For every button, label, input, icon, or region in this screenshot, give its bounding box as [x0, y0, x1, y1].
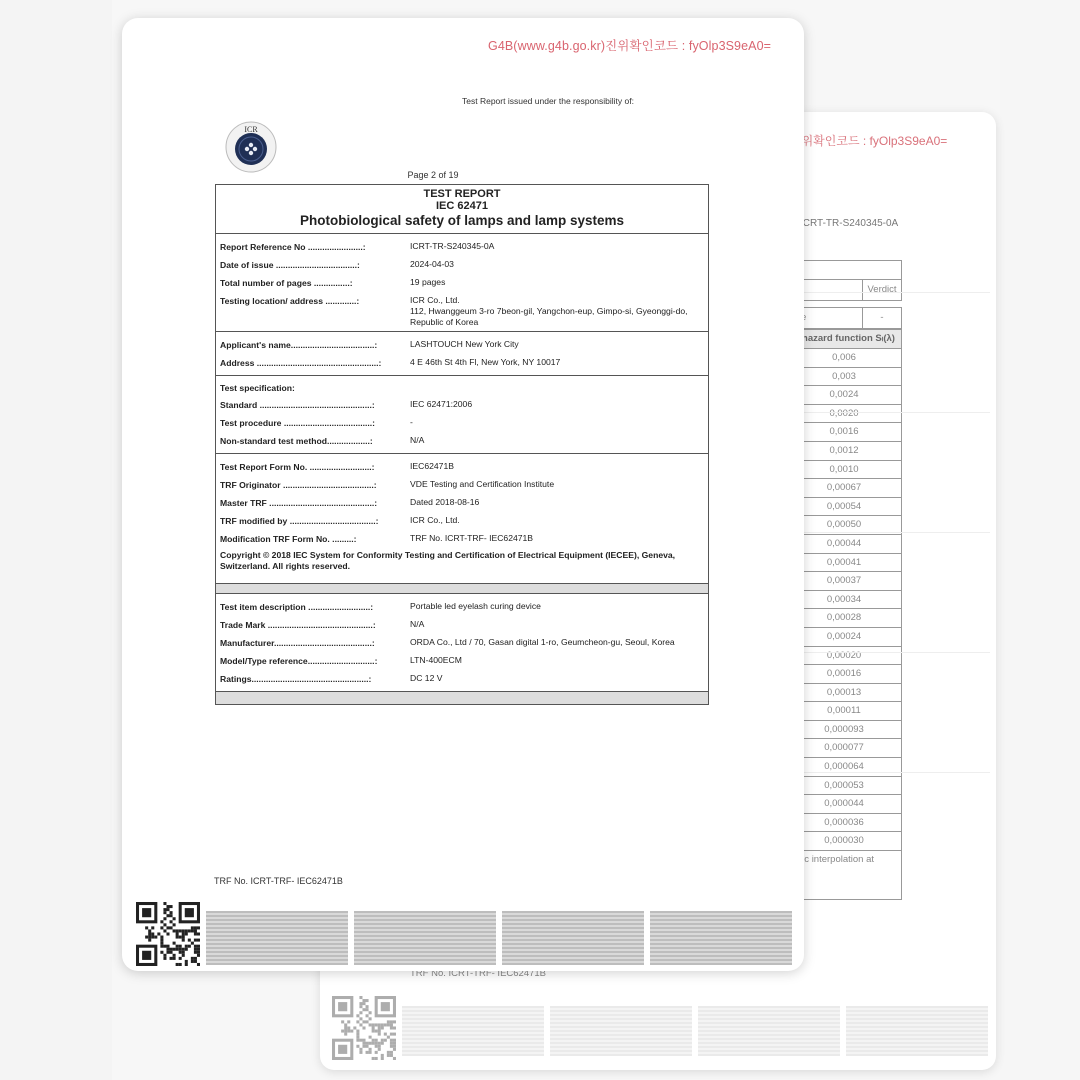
issued-under-line: Test Report issued under the responsibil…	[462, 96, 634, 106]
verdict-header: Verdict	[863, 280, 901, 300]
faint-line	[800, 772, 990, 773]
svg-text:ICR: ICR	[244, 125, 258, 134]
info-row: Model/Type reference....................…	[220, 652, 704, 670]
info-row: Test procedure .........................…	[220, 414, 704, 432]
field-value: LTN-400ECM	[406, 652, 704, 670]
test-item-section: Test item description ..................…	[216, 594, 708, 692]
faint-line	[800, 652, 990, 653]
field-value: IEC62471B	[406, 458, 704, 476]
icr-logo-icon: ICR	[225, 121, 277, 173]
info-row: Trade Mark .............................…	[220, 616, 704, 634]
field-value: ICR Co., Ltd. 112, Hwanggeum 3-ro 7beon-…	[406, 292, 704, 328]
info-row: Modification TRF Form No. .........:TRF …	[220, 530, 704, 548]
field-label: Standard ...............................…	[220, 396, 406, 414]
field-value: DC 12 V	[406, 670, 704, 688]
back-stamp-block	[550, 1006, 692, 1056]
field-label: Testing location/ address .............:	[220, 292, 406, 328]
info-row: Total number of pages ...............:19…	[220, 274, 704, 292]
info-row: Standard ...............................…	[220, 396, 704, 414]
back-stamp-block	[698, 1006, 840, 1056]
report-title: TEST REPORT	[216, 188, 708, 200]
field-label: Master TRF .............................…	[220, 494, 406, 512]
field-value: Portable led eyelash curing device	[406, 598, 704, 616]
info-row: Testing location/ address .............:…	[220, 292, 704, 328]
applicant-section: Applicant's name........................…	[216, 332, 708, 376]
faint-line	[800, 412, 990, 413]
field-value: 4 E 46th St 4th Fl, New York, NY 10017	[406, 354, 704, 372]
report-title-block: TEST REPORT IEC 62471 Photobiological sa…	[216, 185, 708, 234]
trf-section: Test Report Form No. ...................…	[216, 454, 708, 583]
field-value: N/A	[406, 616, 704, 634]
background-right	[1000, 0, 1080, 1080]
back-stamp-block	[402, 1006, 544, 1056]
field-label: Test procedure .........................…	[220, 414, 406, 432]
report-subject: Photobiological safety of lamps and lamp…	[216, 212, 708, 229]
grey-divider	[216, 583, 708, 594]
field-value: ICR Co., Ltd.	[406, 512, 704, 530]
faint-line	[800, 292, 990, 293]
back-auth-code: 진위확인코드 : fyOlp3S9eA0=	[790, 132, 947, 149]
test-spec-heading: Test specification:	[220, 380, 704, 396]
field-label: Total number of pages ...............:	[220, 274, 406, 292]
info-row: Ratings.................................…	[220, 670, 704, 688]
stamp-block	[650, 911, 792, 965]
field-label: TRF modified by ........................…	[220, 512, 406, 530]
field-value: LASHTOUCH New York City	[406, 336, 704, 354]
field-label: Address ................................…	[220, 354, 406, 372]
authenticity-code: G4B(www.g4b.go.kr)진위확인코드 : fyOlp3S9eA0=	[488, 36, 771, 54]
info-row: TRF modified by ........................…	[220, 512, 704, 530]
field-value: 2024-04-03	[406, 256, 704, 274]
field-label: Manufacturer............................…	[220, 634, 406, 652]
report-standard: IEC 62471	[216, 200, 708, 212]
field-label: Test item description ..................…	[220, 598, 406, 616]
page-indicator: Page 2 of 19	[122, 170, 804, 180]
info-row: Applicant's name........................…	[220, 336, 704, 354]
info-row: Master TRF .............................…	[220, 494, 704, 512]
report-info-section: Report Reference No ....................…	[216, 234, 708, 332]
info-row: TRF Originator .........................…	[220, 476, 704, 494]
info-row: Date of issue ..........................…	[220, 256, 704, 274]
field-value: Dated 2018-08-16	[406, 494, 704, 512]
field-label: Test Report Form No. ...................…	[220, 458, 406, 476]
field-label: Modification TRF Form No. .........:	[220, 530, 406, 548]
back-stamp-block	[846, 1006, 988, 1056]
footer-trf-number: TRF No. ICRT-TRF- IEC62471B	[214, 876, 343, 886]
stamp-block	[502, 911, 644, 965]
front-document-page: G4B(www.g4b.go.kr)진위확인코드 : fyOlp3S9eA0= …	[122, 18, 804, 971]
field-value: -	[406, 414, 704, 432]
info-row: Report Reference No ....................…	[220, 238, 704, 256]
back-report-ref: ICRT-TR-S240345-0A	[800, 218, 898, 229]
field-label: Trade Mark .............................…	[220, 616, 406, 634]
grey-divider	[216, 692, 708, 704]
info-row: Test Report Form No. ...................…	[220, 458, 704, 476]
stamp-block	[206, 911, 348, 965]
field-label: Ratings.................................…	[220, 670, 406, 688]
field-value: IEC 62471:2006	[406, 396, 704, 414]
field-value: ICRT-TR-S240345-0A	[406, 238, 704, 256]
info-row: Test item description ..................…	[220, 598, 704, 616]
field-label: TRF Originator .........................…	[220, 476, 406, 494]
field-label: Non-standard test method................…	[220, 432, 406, 450]
field-label: Applicant's name........................…	[220, 336, 406, 354]
stamp-block	[354, 911, 496, 965]
field-value: TRF No. ICRT-TRF- IEC62471B	[406, 530, 704, 548]
info-row: Manufacturer............................…	[220, 634, 704, 652]
test-report-table: TEST REPORT IEC 62471 Photobiological sa…	[215, 184, 709, 705]
field-label: Report Reference No ....................…	[220, 238, 406, 256]
field-value: N/A	[406, 432, 704, 450]
field-value: 19 pages	[406, 274, 704, 292]
faint-line	[800, 532, 990, 533]
info-row: Non-standard test method................…	[220, 432, 704, 450]
field-label: Date of issue ..........................…	[220, 256, 406, 274]
field-label: Model/Type reference....................…	[220, 652, 406, 670]
back-qr-code-icon	[332, 996, 396, 1060]
copyright-notice: Copyright © 2018 IEC System for Conformi…	[220, 548, 704, 580]
field-value: VDE Testing and Certification Institute	[406, 476, 704, 494]
test-spec-section: Test specification: Standard ...........…	[216, 376, 708, 454]
background-left	[0, 0, 112, 1080]
qr-code-icon	[136, 902, 200, 966]
field-value: ORDA Co., Ltd / 70, Gasan digital 1-ro, …	[406, 634, 704, 652]
info-row: Address ................................…	[220, 354, 704, 372]
